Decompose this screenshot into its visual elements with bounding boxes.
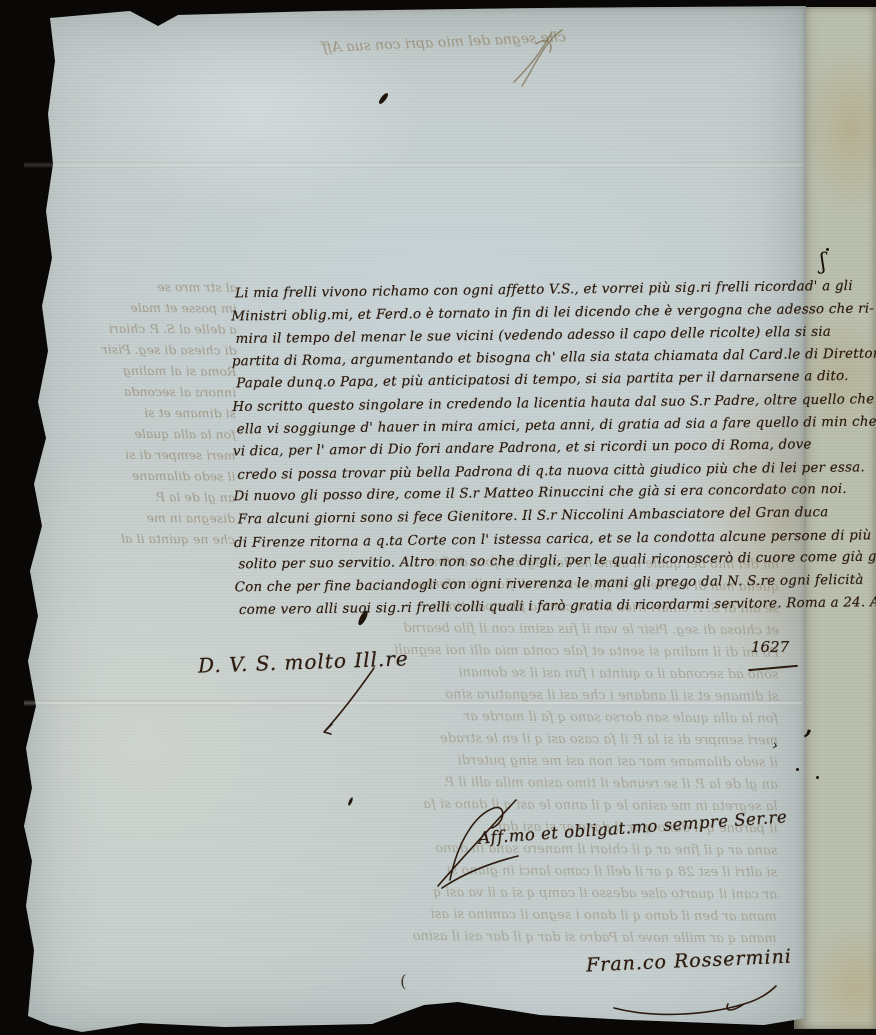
signature-flourish <box>608 982 784 1020</box>
showthrough-line: che ne quinta il al <box>43 527 235 550</box>
showthrough-left-column: al str mro seim posse et malea delle al … <box>43 275 237 550</box>
showthrough-line: innora al seconda <box>44 380 236 403</box>
ink-dot <box>816 776 819 779</box>
letter-date-year: 1627 <box>751 638 789 656</box>
showthrough-line: an gl de la P. <box>43 485 235 508</box>
ink-dot <box>826 248 829 251</box>
valediction-flourish <box>316 664 380 740</box>
manuscript-photo: che segna del mio apri con sua Aff al st… <box>0 0 876 1035</box>
long-s-ink-mark: ʃ <box>820 252 826 274</box>
showthrough-line: disegna in me <box>43 506 235 529</box>
horizontal-crease <box>24 162 802 168</box>
showthrough-line: meri semper di si <box>44 443 236 466</box>
showthrough-line: fon la alla quale <box>44 422 236 445</box>
letter-body: Li mia frelli vivono richamo con ogni af… <box>235 275 876 623</box>
showthrough-line: im posse et male <box>45 296 237 319</box>
showthrough-line: il sedo dilamane <box>43 464 235 487</box>
showthrough-line: si dimane et si <box>44 401 236 424</box>
ink-dot <box>796 768 799 771</box>
showthrough-line: di chiesa di seg. Pisir <box>44 338 236 361</box>
showthrough-line: al str mro se <box>45 275 237 298</box>
showthrough-flourish <box>492 24 572 94</box>
showthrough-line: Roma si al maling <box>44 359 236 382</box>
showthrough-line: a delle al S. P. chiari <box>45 317 237 340</box>
paren-ink-mark: ( <box>400 974 407 991</box>
